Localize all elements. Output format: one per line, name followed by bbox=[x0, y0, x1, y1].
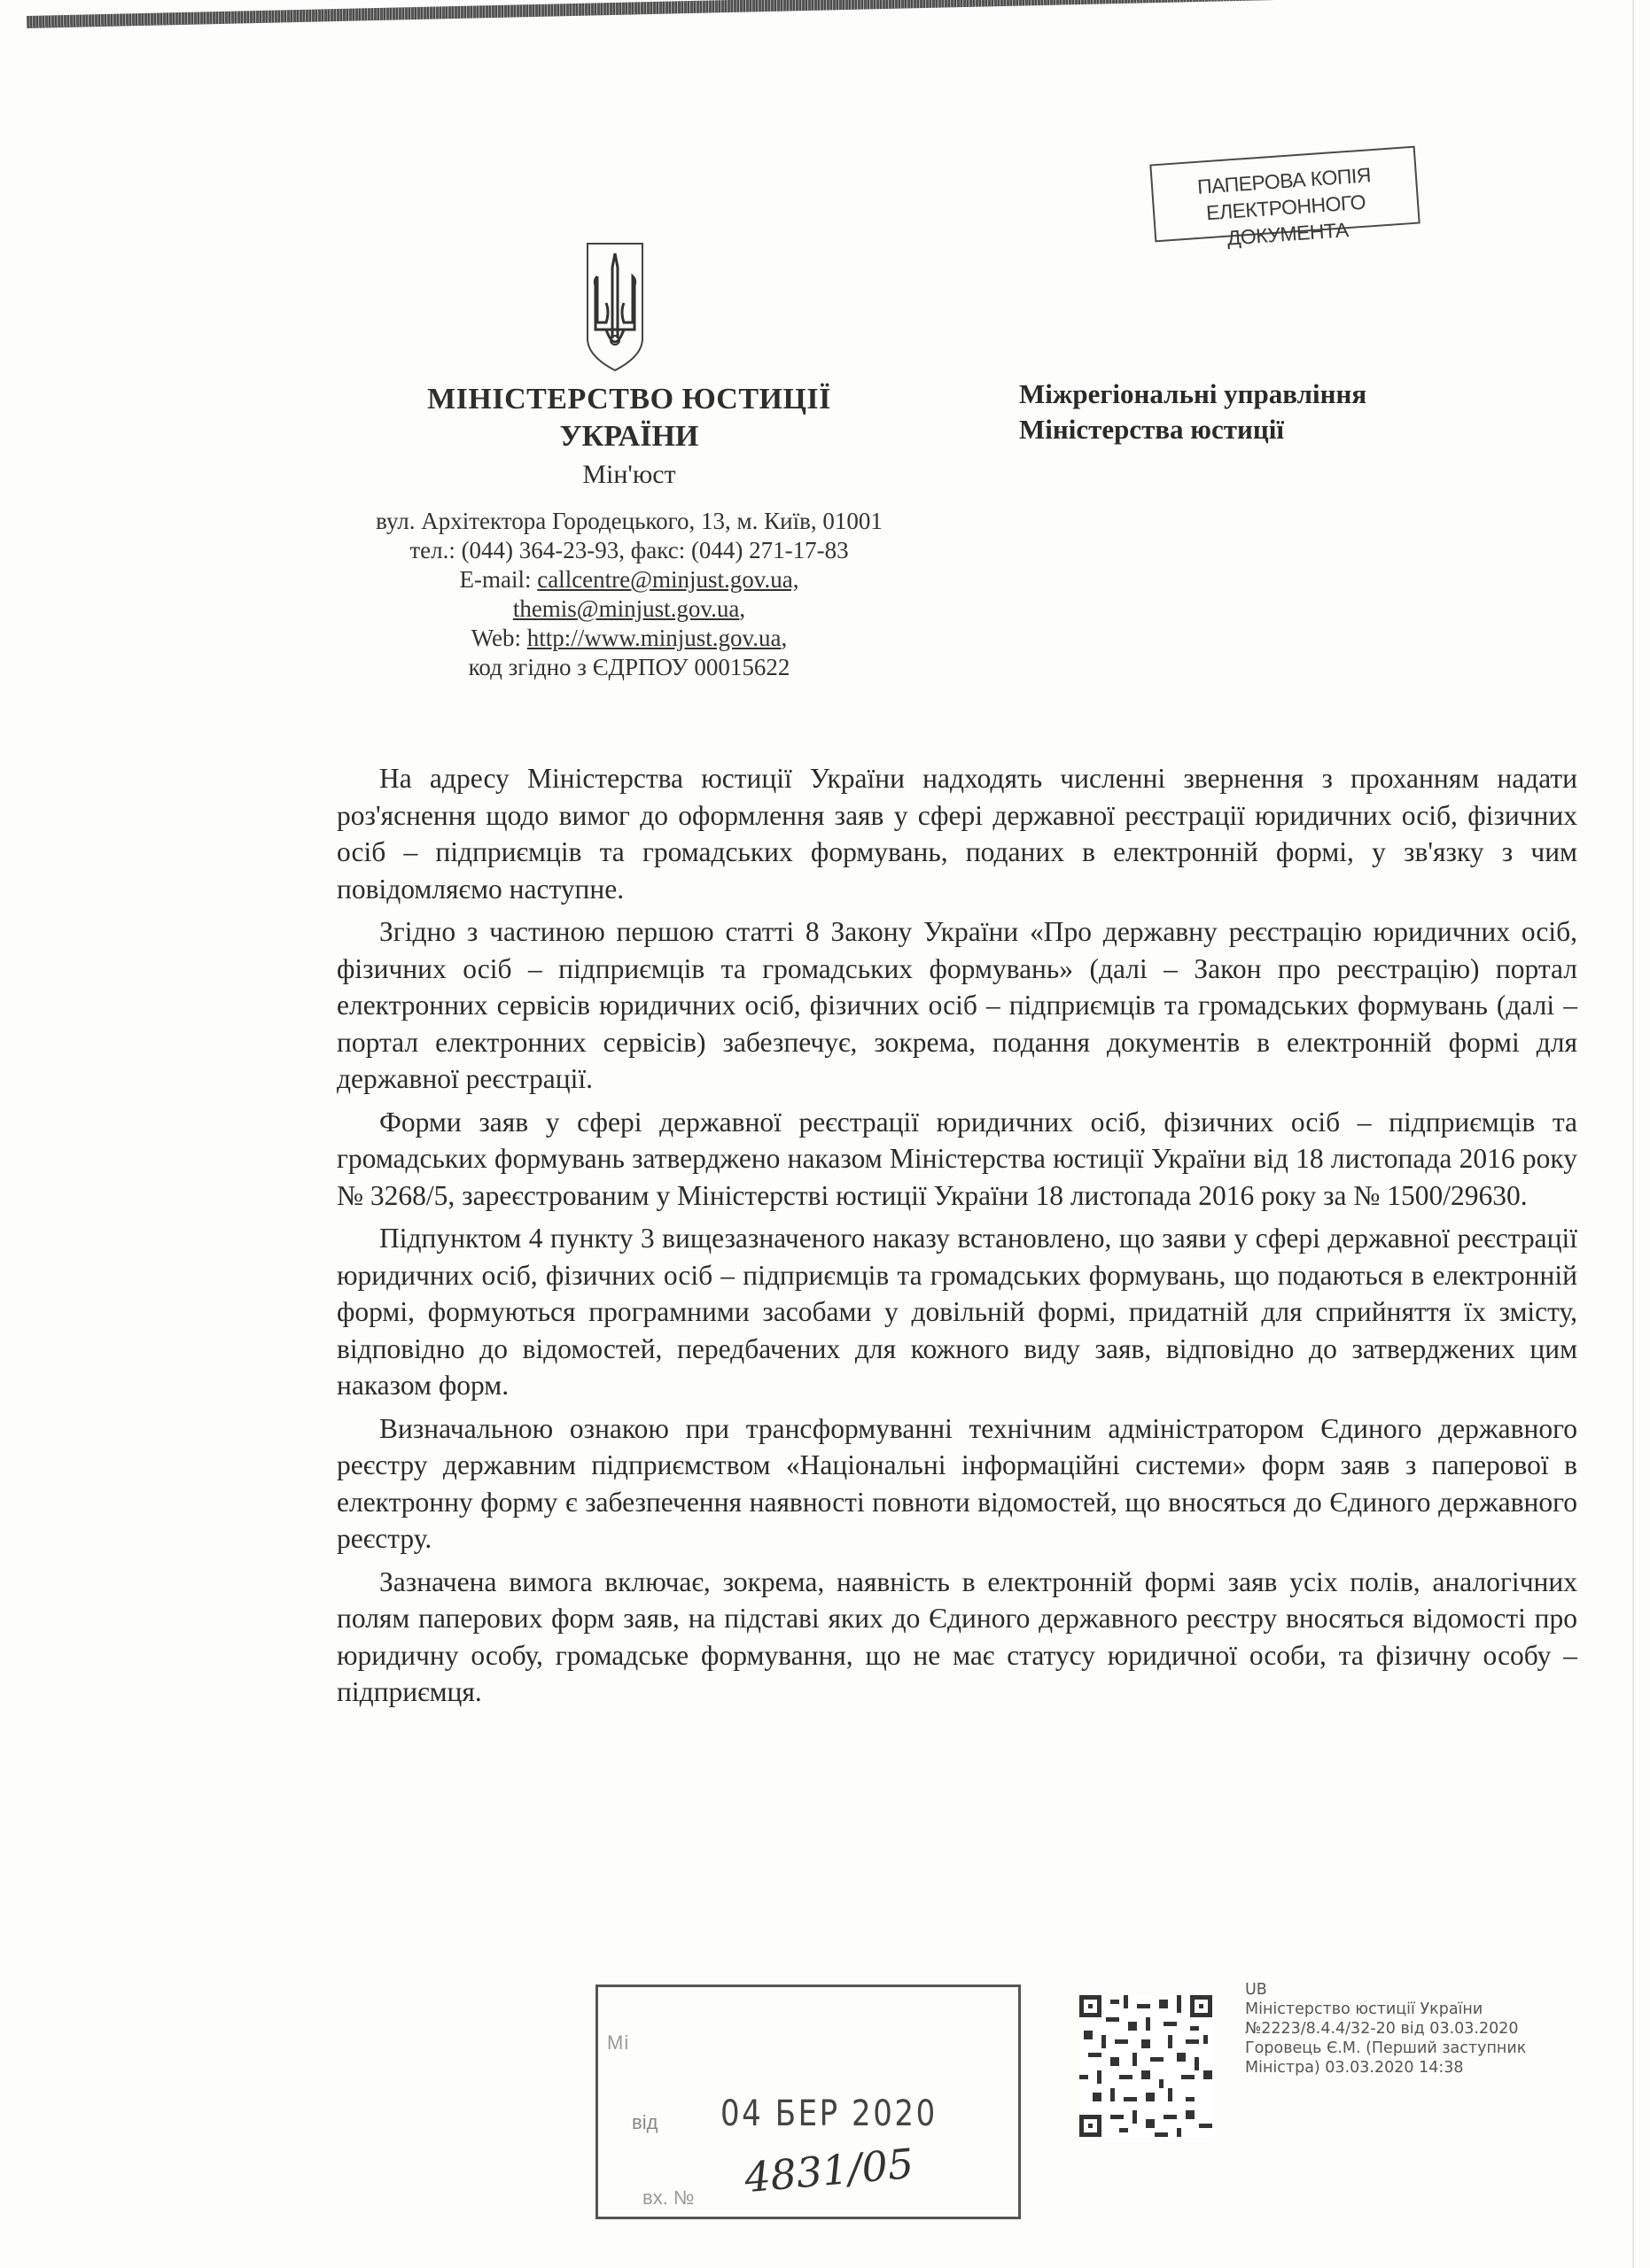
page-edge bbox=[1632, 0, 1634, 2268]
addressee-line-1: Міжрегіональні управління bbox=[1019, 377, 1515, 412]
esign-line-5: Міністра) 03.03.2020 14:38 bbox=[1245, 2058, 1617, 2078]
paragraph-2: Згідно з частиною першою статті 8 Закону… bbox=[337, 913, 1577, 1098]
address: вул. Архітектора Городецького, 13, м. Ки… bbox=[292, 507, 966, 536]
stamp-date: 04 БЕР 2020 bbox=[720, 2093, 938, 2134]
punctuation: , bbox=[782, 625, 788, 651]
ministry-title-line-1: МІНІСТЕРСТВО ЮСТИЦІЇ bbox=[381, 381, 877, 418]
ministry-name: МІНІСТЕРСТВО ЮСТИЦІЇ УКРАЇНИ Мін'юст bbox=[381, 381, 877, 494]
handwritten-incoming-number: 4831/05 bbox=[743, 2140, 915, 2202]
addressee: Міжрегіональні управління Міністерства ю… bbox=[1019, 377, 1515, 447]
esign-line-4: Горовець Є.М. (Перший заступник bbox=[1245, 2039, 1617, 2058]
stamp-incoming-label: вх. № bbox=[642, 2186, 695, 2210]
addressee-line-2: Міністерства юстиції bbox=[1019, 412, 1515, 447]
scanner-streak bbox=[27, 0, 1329, 28]
phone-fax: тел.: (044) 364-23-93, факс: (044) 271-1… bbox=[292, 536, 966, 565]
paragraph-1: На адресу Міністерства юстиції України н… bbox=[337, 760, 1577, 907]
stamp-faint-text: Мі bbox=[607, 2031, 629, 2054]
esign-line-2: Міністерство юстиції України bbox=[1245, 2000, 1617, 2019]
ministry-title-line-2: УКРАЇНИ bbox=[381, 418, 877, 455]
paper-copy-stamp: ПАПЕРОВА КОПІЯ ЕЛЕКТРОННОГО ДОКУМЕНТА bbox=[1149, 146, 1420, 243]
electronic-signature-block: UB Міністерство юстиції України №2223/8.… bbox=[1245, 1980, 1617, 2078]
letter-body: На адресу Міністерства юстиції України н… bbox=[337, 760, 1577, 1717]
edrpou-code: код згідно з ЄДРПОУ 00015622 bbox=[292, 653, 966, 682]
esign-line-3: №2223/8.4.4/32-20 від 03.03.2020 bbox=[1245, 2019, 1617, 2039]
ministry-short-name: Мін'юст bbox=[381, 455, 877, 494]
email-themis-link[interactable]: themis@minjust.gov.ua bbox=[513, 595, 740, 622]
email-callcentre-link[interactable]: callcentre@minjust.gov.ua, bbox=[537, 566, 798, 593]
qr-code-icon bbox=[1079, 1995, 1212, 2137]
paragraph-3: Форми заяв у сфері державної реєстрації … bbox=[337, 1104, 1577, 1215]
received-stamp: Мі від 04 БЕР 2020 4831/05 вх. № bbox=[595, 1984, 1021, 2219]
web-line: Web: http://www.minjust.gov.ua, bbox=[292, 624, 966, 653]
web-label: Web: bbox=[471, 625, 527, 651]
paragraph-4: Підпунктом 4 пункту 3 вищезазначеного на… bbox=[337, 1220, 1577, 1404]
email-line-2: themis@minjust.gov.ua, bbox=[292, 594, 966, 624]
ministry-contacts: вул. Архітектора Городецького, 13, м. Ки… bbox=[292, 507, 966, 682]
email-line-1: E-mail: callcentre@minjust.gov.ua, bbox=[292, 565, 966, 594]
paragraph-6: Зазначена вимога включає, зокрема, наявн… bbox=[337, 1564, 1577, 1711]
paragraph-5: Визначальною ознакою при трансформуванні… bbox=[337, 1410, 1577, 1557]
website-link[interactable]: http://www.minjust.gov.ua bbox=[527, 625, 782, 651]
esign-line-1: UB bbox=[1245, 1980, 1617, 2000]
stamp-date-label: від bbox=[632, 2111, 658, 2134]
punctuation: , bbox=[739, 595, 745, 622]
email-label: E-mail: bbox=[459, 566, 537, 593]
ukraine-trident-icon bbox=[585, 241, 645, 372]
